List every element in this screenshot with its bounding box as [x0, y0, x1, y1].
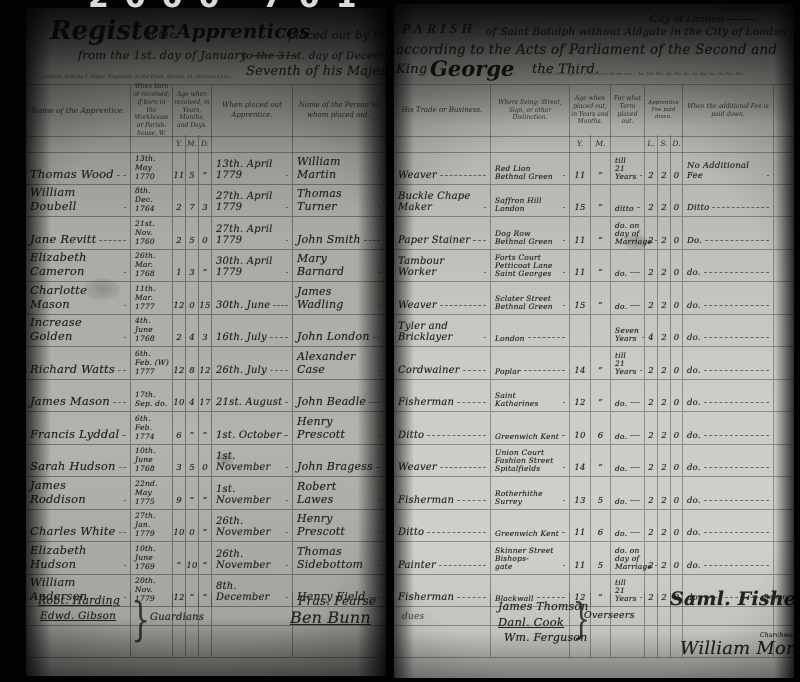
year-label: Year [367, 12, 378, 18]
ink-leader [630, 467, 640, 468]
living: Saffron Hill London [495, 197, 560, 213]
fee-pence-cell: 0 [671, 380, 683, 412]
subheader-pounds: L. [645, 135, 658, 152]
apprentice-name: Richard Watts [30, 362, 115, 376]
ink-leader [439, 565, 486, 566]
born-date: 10th. June 1768 [135, 446, 170, 473]
trade: Weaver [398, 170, 437, 181]
table-row: Weaver Sclater Street Bethnal Green 15 ” [394, 282, 794, 315]
ink-leader [640, 175, 642, 176]
term-cell: do. [611, 250, 645, 282]
trade-cell: Buckle Chape Maker [394, 185, 491, 217]
fee-pence: 0 [674, 463, 680, 473]
trade: Ditto [398, 527, 424, 538]
subheader-blank [26, 135, 131, 152]
additional-fee: Ditto [687, 203, 709, 213]
subheader-years: Y. [173, 135, 186, 152]
apprentice-name-cell: William Doubell [26, 185, 131, 217]
age-months-cell: 0 [186, 510, 199, 542]
age-months: 5 [598, 561, 604, 571]
age-years: 13 [574, 496, 585, 506]
master-name-cell: Mary Barnard [293, 250, 384, 282]
ink-leader [273, 305, 288, 306]
fee-pounds: 2 [648, 203, 654, 213]
ink-leader [286, 272, 288, 273]
margin-cell [774, 250, 794, 282]
ink-leader [124, 272, 126, 273]
age-months-cell: ” [186, 477, 199, 509]
table-row: James Roddison 22nd. May 1775 9 ” ” [26, 477, 386, 510]
guardians-label: Guardians [150, 612, 204, 623]
header-trade: His Trade or Business. [394, 85, 491, 136]
right-table-header: His Trade or Business. Where living; Str… [394, 84, 794, 137]
placed-date-cell: 1st. October [212, 412, 293, 444]
blank-cell [645, 593, 658, 625]
age-years-cell: 11 [570, 250, 591, 282]
guardian-signature: Edwd. Gibson [40, 610, 116, 622]
ink-leader [122, 435, 126, 436]
ink-leader [524, 370, 565, 371]
term-cell: do. [611, 412, 645, 444]
placed-date: 26th. July [216, 365, 267, 376]
age-months: 4 [189, 333, 195, 343]
placed-date-cell: 1st. November [212, 445, 293, 477]
table-row: Ditto Greenwich Kent 10 6 do. [394, 412, 794, 445]
term-cell: do. [611, 282, 645, 314]
trade-cell: Ditto [394, 412, 491, 444]
born-date: 17th. Sep. do. [135, 390, 170, 408]
table-row: William Doubell 8th. Dec. 1764 2 7 3 [26, 185, 386, 218]
living-cell: Red Lion Bethnal Green [491, 152, 570, 184]
ink-leader [704, 305, 769, 306]
apprentice-name: Charlotte Mason [30, 283, 121, 311]
master-name: Henry Prescott [297, 415, 375, 441]
master-name: Robert Lawes [297, 480, 375, 506]
apprentice-name: Thomas Wood [30, 167, 114, 181]
fee-pence: 0 [674, 301, 680, 311]
blank-cell [26, 626, 131, 658]
age-years-cell: 1 [173, 250, 186, 282]
master-name: Henry Prescott [297, 512, 375, 538]
subheader-blank [774, 135, 794, 152]
placed-date: 27th. April 1779 [216, 191, 283, 213]
table-row: Increase Golden 4th. June 1768 2 4 3 [26, 315, 386, 348]
age-years: 1 [176, 268, 182, 278]
ink-leader [704, 532, 769, 533]
placed-date-cell: 26th. November [212, 542, 293, 574]
master-name: Mary Barnard [297, 252, 375, 278]
fee-shillings: 2 [661, 171, 667, 181]
living-cell: Saffron Hill London [491, 185, 570, 217]
term: Seven Years [615, 327, 639, 343]
fee-pounds: 2 [648, 431, 654, 441]
table-row: Painter Skinner Street Bishops- gate 11 … [394, 542, 794, 575]
table-row: Elizabeth Cameron 26th. Mar. 1768 1 3 ” [26, 250, 386, 283]
blank-cell [173, 626, 186, 658]
age-months-cell [591, 315, 611, 347]
age-years-cell: 13 [570, 477, 591, 509]
ink-leader [630, 500, 640, 501]
fee-shillings-cell: 2 [658, 542, 671, 574]
age-months: ” [598, 236, 603, 246]
age-months: ” [598, 301, 603, 311]
trade: Painter [398, 560, 436, 571]
age-years-cell: 11 [570, 510, 591, 542]
term-cell: till 21 Years [611, 347, 645, 379]
title-george: George [430, 56, 514, 81]
living-cell: Skinner Street Bishops- gate [491, 542, 570, 574]
age-months-cell: ” [591, 347, 611, 379]
fee-pence: 0 [674, 561, 680, 571]
right-table-body: Weaver Red Lion Bethnal Green 11 ” til [394, 152, 794, 607]
age-months: 10 [186, 561, 197, 571]
ink-leader [286, 240, 288, 241]
fee-pence-cell: 0 [671, 250, 683, 282]
ink-leader [118, 370, 126, 371]
ink-leader [378, 500, 380, 501]
age-months: 0 [189, 528, 195, 538]
fee-pounds-cell: 2 [645, 152, 658, 184]
living-cell: Poplar [491, 347, 570, 379]
age-years-cell: 15 [570, 185, 591, 217]
fee-pounds-cell: 4 [645, 315, 658, 347]
fee-pence-cell: 0 [671, 542, 683, 574]
age-months-cell: 8 [186, 347, 199, 379]
age-months-cell: ” [591, 445, 611, 477]
placed-date-cell: 27th. April 1779 [212, 185, 293, 217]
placed-date: 26th. November [216, 549, 283, 571]
age-years-cell: 3 [173, 445, 186, 477]
age-years-cell: 12 [173, 282, 186, 314]
age-years: 6 [176, 431, 182, 441]
table-row: Jane Revitt 21st. Nov. 1760 2 5 0 [26, 217, 386, 250]
guardians-brace: } [131, 592, 150, 646]
fee-shillings: 2 [661, 398, 667, 408]
master-name-cell: Henry Prescott [293, 510, 384, 542]
ink-leader [378, 435, 380, 436]
ink-leader [563, 500, 565, 501]
ink-leader [484, 337, 486, 338]
margin-cell [774, 347, 794, 379]
additional-fee: Do. [687, 236, 702, 246]
fee-shillings-cell: 2 [658, 185, 671, 217]
guardian-signature: Robt. Harding [38, 594, 120, 607]
age-months: ” [598, 366, 603, 376]
trade: Fisherman [398, 397, 454, 408]
placed-date-cell: 26th. July [212, 347, 293, 379]
blank-cell [212, 626, 293, 658]
fee-shillings: 2 [661, 203, 667, 213]
placed-date-cell: 26th. November [212, 510, 293, 542]
printer-imprint: London: Sold by T. Major, Engraver, at t… [42, 74, 231, 80]
born-date: 6th. Feb. (W) 1777 [135, 349, 170, 376]
apprentice-name: James Roddison [30, 478, 121, 506]
subheader-blank [683, 135, 774, 152]
age-months: ” [190, 431, 195, 441]
age-years-cell: 6 [173, 412, 186, 444]
placed-date: 1st. November [216, 484, 283, 506]
fee-shillings: 2 [661, 463, 667, 473]
ink-leader [124, 565, 126, 566]
ink-leader [119, 467, 126, 468]
term: till 21 Years [615, 157, 637, 181]
age-months-cell: 4 [186, 315, 199, 347]
overseers-label: Overseers [584, 610, 635, 621]
fee-pence: 0 [674, 366, 680, 376]
living-cell: Rotherhithe Surrey [491, 477, 570, 509]
additional-fee: do. [687, 333, 701, 343]
ink-leader [440, 175, 486, 176]
ink-leader [427, 532, 486, 533]
age-years-cell: ” [173, 542, 186, 574]
age-months: 0 [189, 301, 195, 311]
born-date: 11th. Mar. 1777 [135, 284, 170, 311]
age-days-cell: ” [199, 542, 212, 574]
fee-shillings: 2 [661, 301, 667, 311]
master-name: John Bragess [297, 460, 373, 473]
ink-leader [704, 402, 769, 403]
table-row: James Mason 17th. Sep. do. 10 4 17 [26, 380, 386, 413]
age-months-cell: ” [591, 217, 611, 249]
fee-pence-cell: 0 [671, 445, 683, 477]
ink-leader [704, 565, 769, 566]
term-cell: do. on day of Marriage [611, 217, 645, 249]
table-row: Charlotte Mason 11th. Mar. 1777 12 0 15 [26, 282, 386, 315]
title-to-december: to the 31st. day of December [242, 50, 386, 62]
born-date: 22nd. May 1775 [135, 479, 170, 506]
term: do. [615, 303, 627, 311]
placed-date: 21st. August [216, 397, 282, 408]
table-row: Elizabeth Hudson 10th. June 1769 ” 10 ” [26, 542, 386, 575]
ink-leader [113, 402, 126, 403]
title-placed-out: placed out by the [288, 28, 386, 42]
age-months-cell: 3 [186, 250, 199, 282]
master-name: John London [297, 330, 370, 343]
ink-leader [117, 175, 126, 176]
margin-cell [774, 542, 794, 574]
additional-fee-cell: do. [683, 250, 774, 282]
trade-cell: Painter [394, 542, 491, 574]
churchwardens-label: Churchwardens [760, 632, 790, 639]
ink-leader [286, 532, 288, 533]
trade: Ditto [398, 430, 424, 441]
ink-leader [704, 467, 769, 468]
nb-months-note: N.B. It will be sufficient to express th… [540, 71, 744, 76]
witness-signature: Ben Bunn [290, 608, 371, 627]
subheader-blank [293, 135, 384, 152]
ink-leader [563, 272, 565, 273]
living-cell: Greenwich Kent [491, 510, 570, 542]
fee-shillings-cell: 2 [658, 510, 671, 542]
trade-cell: Weaver [394, 282, 491, 314]
ink-leader [285, 402, 288, 403]
additional-fee-cell: do. [683, 282, 774, 314]
age-days: 17 [199, 398, 210, 408]
subheader-months: M. [186, 135, 199, 152]
age-years-cell: 10 [173, 510, 186, 542]
apprentice-name: Jane Revitt [30, 232, 96, 246]
ink-leader [640, 370, 642, 371]
age-years: 2 [176, 333, 182, 343]
blank-cell [645, 626, 658, 658]
title-parish-name: of Saint Botolph without Aldgate in the … [486, 26, 794, 38]
age-months: ” [598, 203, 603, 213]
ink-leader [563, 207, 565, 208]
ink-leader [563, 240, 565, 241]
trade: Weaver [398, 300, 437, 311]
fee-pounds: 2 [648, 463, 654, 473]
ink-leader [463, 370, 486, 371]
master-name: John Beadle [297, 395, 366, 408]
born-date-cell: 11th. Mar. 1777 [131, 282, 173, 314]
term-cell: do. [611, 477, 645, 509]
additional-fee-cell: do. [683, 315, 774, 347]
scanned-register-spread: 2000 701 Year Register of the Apprentice… [0, 0, 800, 682]
header-margin [774, 85, 794, 136]
fee-shillings-cell: 2 [658, 282, 671, 314]
age-years: 15 [574, 203, 585, 213]
table-row: Fisherman Rotherhithe Surrey 13 5 do. [394, 477, 794, 510]
fee-pounds-cell: 2 [645, 477, 658, 509]
apprentice-name-cell: James Mason [26, 380, 131, 412]
trade-cell: Tambour Worker [394, 250, 491, 282]
margin-cell [774, 477, 794, 509]
fee-pence-cell: 0 [671, 510, 683, 542]
additional-fee-cell: do. [683, 380, 774, 412]
trade: Tyler and Bricklayer [398, 321, 481, 343]
additional-fee: do. [687, 301, 701, 311]
schedule-label: Schedule E. [718, 4, 767, 13]
born-date: 10th. June 1769 [135, 544, 170, 571]
ink-leader [286, 565, 288, 566]
living: Red Lion Bethnal Green [495, 165, 560, 181]
born-date-cell: 4th. June 1768 [131, 315, 173, 347]
rector-label: Rector [764, 594, 786, 601]
apprentice-name-cell: Elizabeth Cameron [26, 250, 131, 282]
living-cell: Saint Katharines [491, 380, 570, 412]
witness-signature: Fras. Pearse [298, 594, 376, 608]
left-subheader-row: Y. M. D. [26, 135, 386, 153]
age-years: 11 [574, 268, 585, 278]
fee-shillings-cell: 2 [658, 347, 671, 379]
additional-fee: No Additional Fee [687, 161, 764, 181]
header-person-placed: Name of the Person to whom placed out. [293, 85, 384, 136]
fee-shillings: 2 [661, 366, 667, 376]
age-months: 6 [598, 431, 604, 441]
ink-leader [563, 565, 565, 566]
age-days-cell: 3 [199, 185, 212, 217]
table-row: Buckle Chape Maker Saffron Hill London 1… [394, 185, 794, 218]
fee-pounds-cell: 2 [645, 282, 658, 314]
ink-leader [562, 532, 565, 533]
apprentice-name-cell: Elizabeth Hudson [26, 542, 131, 574]
ink-leader [440, 467, 486, 468]
fee-pounds: 2 [648, 561, 654, 571]
born-date-cell: 17th. Sep. do. [131, 380, 173, 412]
age-years: 14 [574, 463, 585, 473]
margin-cell [774, 217, 794, 249]
age-years-cell: 14 [570, 347, 591, 379]
ink-leader [563, 402, 565, 403]
ink-leader [284, 435, 288, 436]
fee-pence: 0 [674, 431, 680, 441]
age-months-cell: ” [591, 282, 611, 314]
fee-shillings-cell: 2 [658, 380, 671, 412]
age-days: 12 [199, 366, 210, 376]
ink-leader [484, 207, 486, 208]
fee-pence: 0 [674, 268, 680, 278]
age-years-cell: 11 [570, 152, 591, 184]
age-days-cell: ” [199, 477, 212, 509]
age-days-cell: 17 [199, 380, 212, 412]
apprentice-name: Sarah Hudson [30, 459, 116, 473]
header-when-born: When born or received; if born in the Wo… [131, 85, 173, 136]
age-days-cell: 3 [199, 315, 212, 347]
margin-cell [774, 315, 794, 347]
living: Greenwich Kent [495, 530, 559, 538]
living: Greenwich Kent [495, 433, 559, 441]
fee-shillings-cell: 2 [658, 477, 671, 509]
ink-leader [270, 370, 288, 371]
subheader-months: M. [591, 135, 611, 152]
term: ditto [615, 205, 634, 213]
age-months-cell: 10 [186, 542, 199, 574]
apprentice-name-cell: Charlotte Mason [26, 282, 131, 314]
ink-leader [704, 500, 769, 501]
blank-cell [199, 626, 212, 658]
additional-fee: do. [687, 528, 701, 538]
age-days: 0 [202, 236, 208, 246]
ink-leader [119, 532, 126, 533]
left-table-header: Name of the Apprentice. When born or rec… [26, 84, 386, 137]
age-days-cell: 12 [199, 347, 212, 379]
age-years-cell: 11 [570, 542, 591, 574]
subheader-shillings: S. [658, 135, 671, 152]
age-months: 8 [189, 366, 195, 376]
fee-shillings-cell: 2 [658, 217, 671, 249]
born-date-cell: 6th. Feb. 1774 [131, 412, 173, 444]
apprentice-name: William Doubell [30, 185, 121, 213]
fee-pounds: 2 [648, 528, 654, 538]
trade-cell: Fisherman [394, 477, 491, 509]
subheader-blank [394, 135, 491, 152]
placed-date-cell: 27th. April 1779 [212, 217, 293, 249]
title-of-the: of the [145, 30, 175, 41]
additional-fee-cell: Ditto [683, 185, 774, 217]
ink-leader [286, 175, 288, 176]
ink-leader [99, 240, 126, 241]
age-years-cell: 12 [570, 380, 591, 412]
fee-pence-cell: 0 [671, 347, 683, 379]
master-name-cell: John London [293, 315, 384, 347]
fee-pence: 0 [674, 496, 680, 506]
age-months: 7 [189, 203, 195, 213]
fee-pounds: 4 [648, 333, 654, 343]
fee-shillings: 2 [661, 561, 667, 571]
trade-cell: Paper Stainer [394, 217, 491, 249]
placed-date-cell: 13th. April 1779 [212, 152, 293, 184]
fee-pence-cell: 0 [671, 315, 683, 347]
margin-cell [774, 510, 794, 542]
fee-pence: 0 [674, 203, 680, 213]
ink-leader [473, 240, 486, 241]
age-days: ” [203, 528, 208, 538]
margin-cell [774, 380, 794, 412]
ink-leader [484, 272, 486, 273]
term-cell: do. on day of Marriage [611, 542, 645, 574]
subheader-years: Y. [570, 135, 591, 152]
table-row: Cordwainer Poplar 14 ” till 21 Years [394, 347, 794, 380]
